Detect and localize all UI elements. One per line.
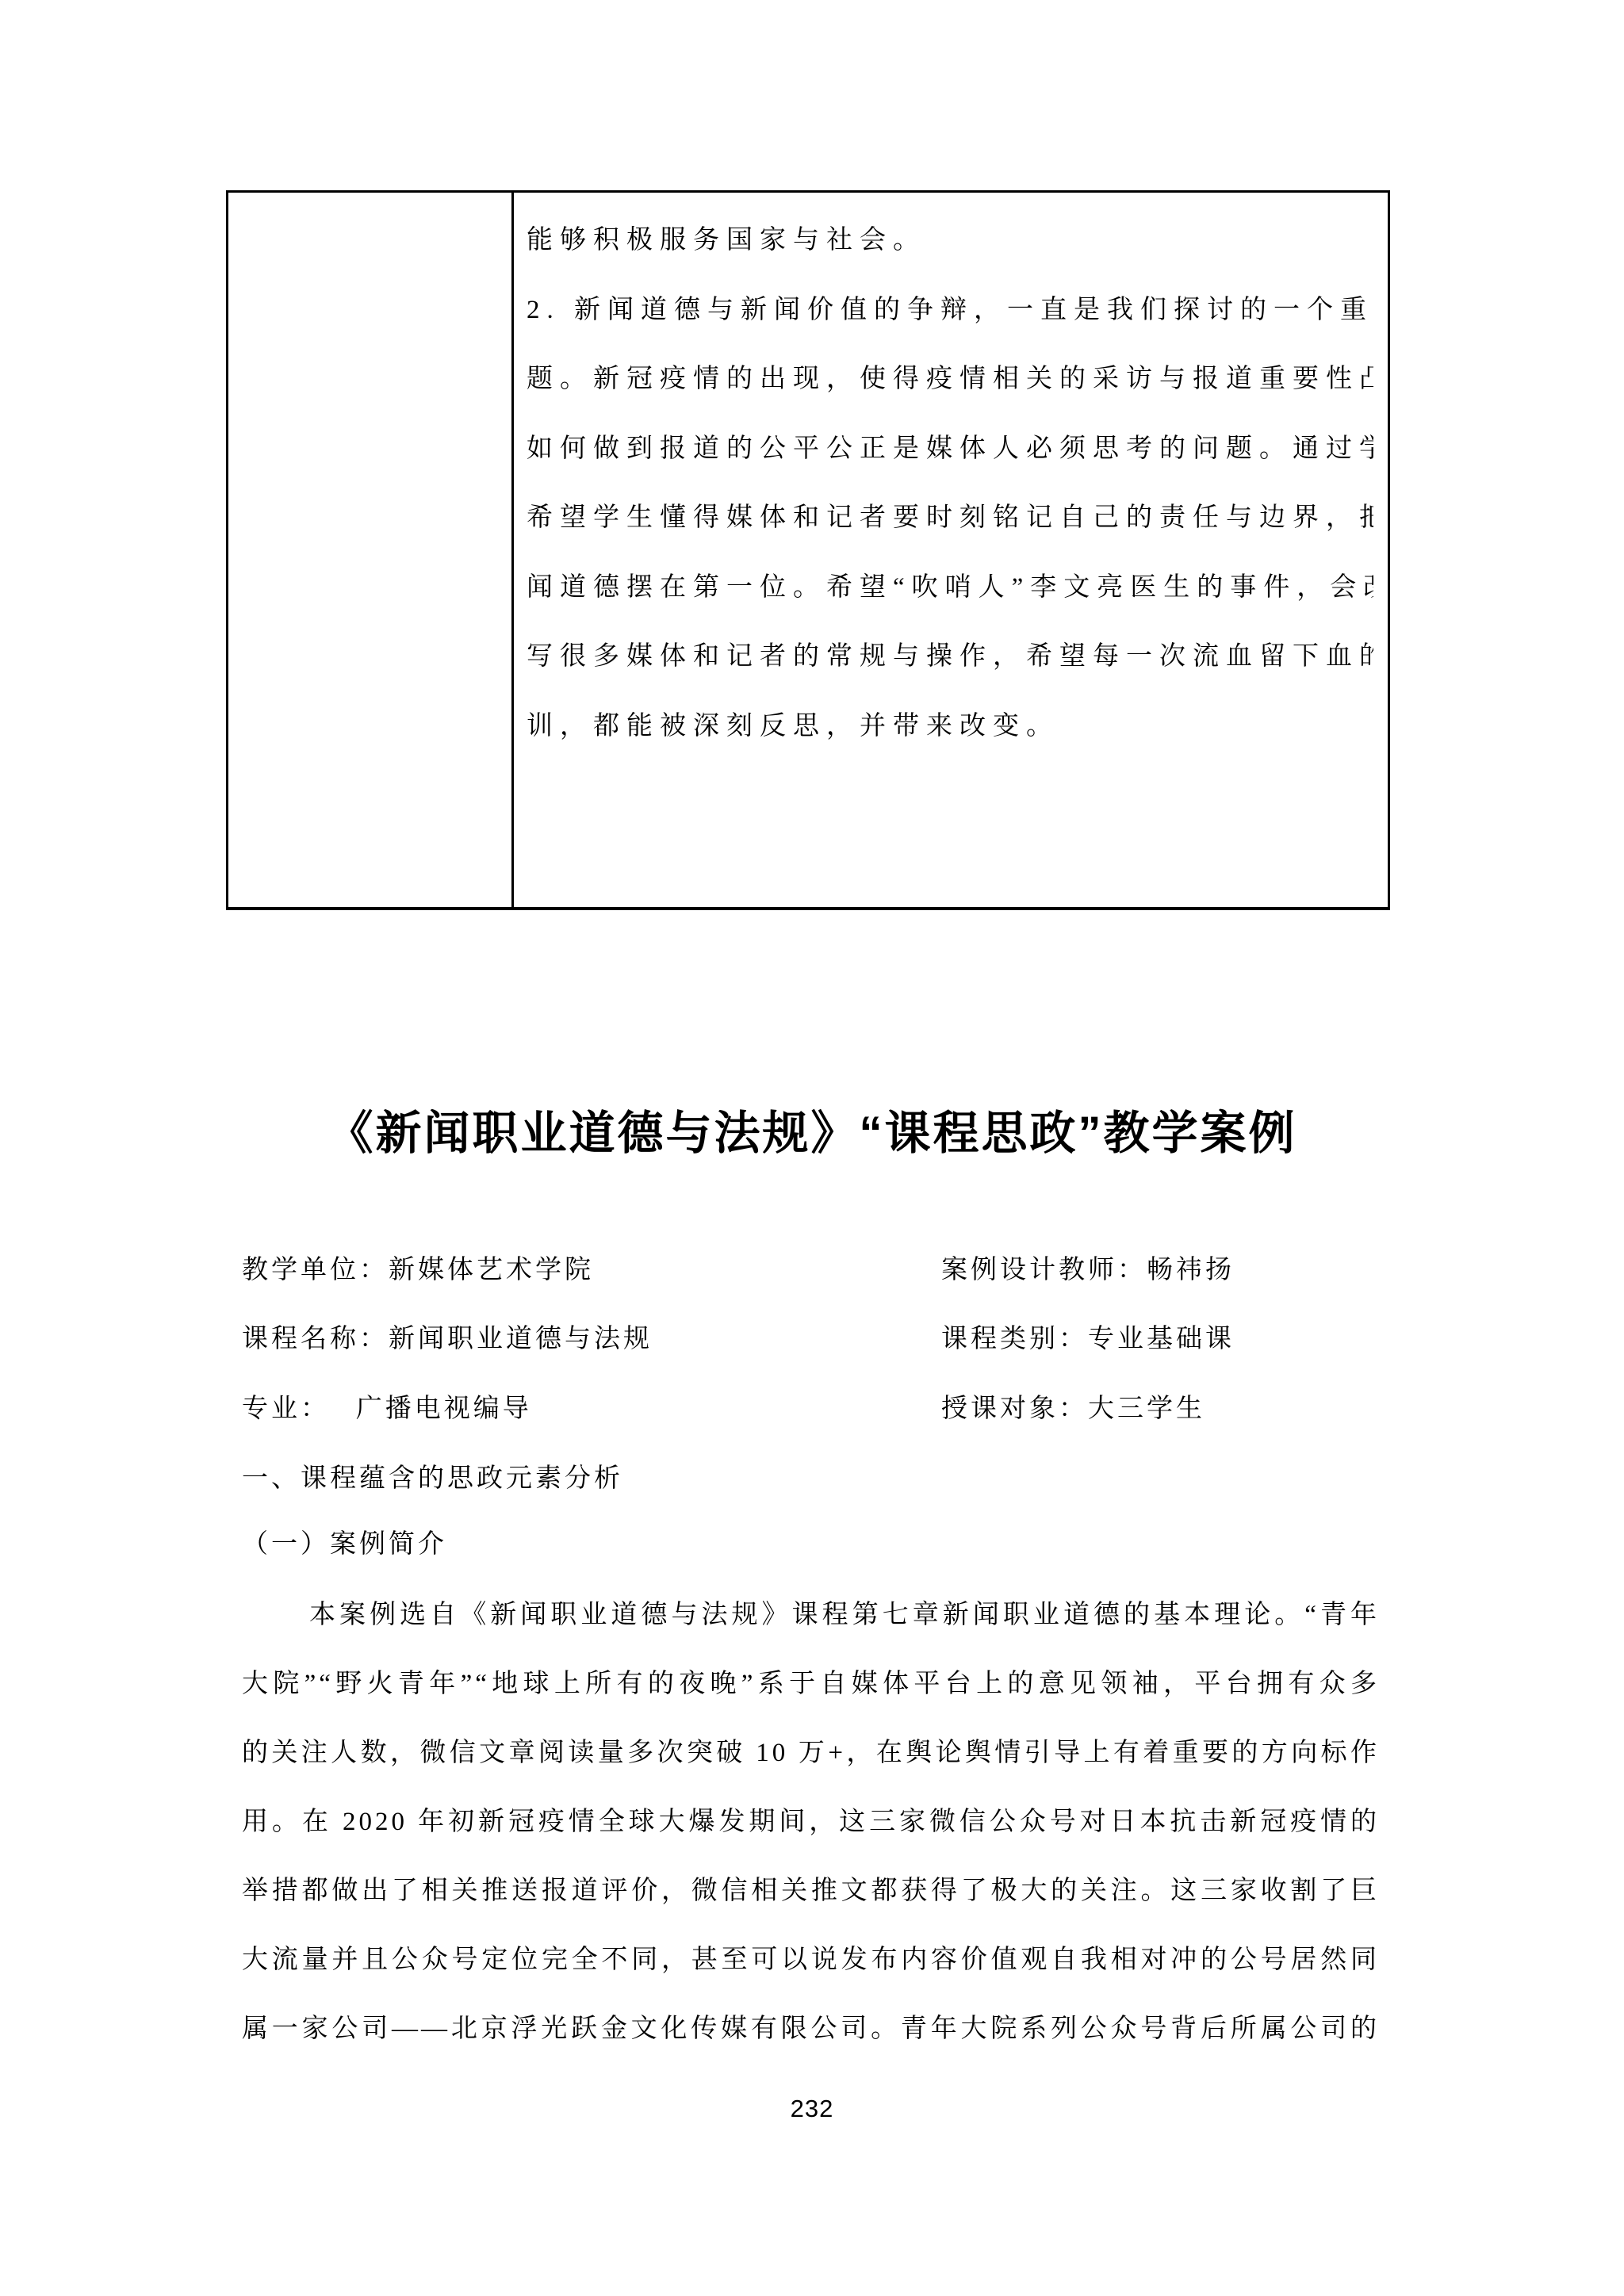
table-cell-line: 训，都能被深刻反思，并带来改变。 — [527, 692, 1373, 762]
meta-teaching-unit: 教学单位：新媒体艺术学院 — [242, 1256, 594, 1284]
meta-audience: 授课对象：大三学生 — [941, 1374, 1205, 1444]
table-cell-line: 能够积极服务国家与社会。 — [527, 206, 1373, 276]
paragraph-line: 举措都做出了相关推送报道评价，微信相关推文都获得了极大的关注。这三家收割了巨 — [242, 1856, 1380, 1926]
meta-case-designer: 案例设计教师：畅祎扬 — [941, 1235, 1235, 1305]
paragraph-line: 大流量并且公众号定位完全不同，甚至可以说发布内容价值观自我相对冲的公号居然同 — [242, 1925, 1380, 1995]
paragraph-line: 用。在 2020 年初新冠疫情全球大爆发期间，这三家微信公众号对日本抗击新冠疫情… — [242, 1787, 1380, 1857]
content-table: 能够积极服务国家与社会。 2. 新闻道德与新闻价值的争辩，一直是我们探讨的一个重… — [226, 190, 1390, 910]
document-page: 能够积极服务国家与社会。 2. 新闻道德与新闻价值的争辩，一直是我们探讨的一个重… — [0, 0, 1624, 2296]
table-cell-line: 希望学生懂得媒体和记者要时刻铭记自己的责任与边界，把新 — [527, 484, 1373, 553]
section-heading-1: 一、课程蕴含的思政元素分析 — [242, 1444, 1380, 1513]
page-title: 《新闻职业道德与法规》“课程思政”教学案例 — [0, 1102, 1624, 1165]
table-cell-line: 题。新冠疫情的出现，使得疫情相关的采访与报道重要性凸显， — [527, 345, 1373, 415]
table-cell-line: 如何做到报道的公平公正是媒体人必须思考的问题。通过学习 — [527, 415, 1373, 484]
table-cell-line: 2. 新闻道德与新闻价值的争辩，一直是我们探讨的一个重要课 — [527, 276, 1373, 346]
paragraph-line: 属一家公司——北京浮光跃金文化传媒有限公司。青年大院系列公众号背后所属公司的 — [242, 1994, 1380, 2064]
meta-row-3: 专业： 广播电视编导 授课对象：大三学生 — [242, 1374, 1380, 1444]
meta-course-name: 课程名称：新闻职业道德与法规 — [242, 1325, 653, 1353]
section-heading-2: （一）案例简介 — [242, 1510, 1380, 1579]
meta-course-category: 课程类别：专业基础课 — [941, 1304, 1235, 1374]
page-number: 232 — [0, 2085, 1624, 2133]
meta-row-1: 教学单位：新媒体艺术学院 案例设计教师：畅祎扬 — [242, 1235, 1380, 1305]
paragraph-line: 的关注人数，微信文章阅读量多次突破 10 万+，在舆论舆情引导上有着重要的方向标… — [242, 1718, 1380, 1788]
paragraph-line: 大院”“野火青年”“地球上所有的夜晚”系于自媒体平台上的意见领袖，平台拥有众多 — [242, 1649, 1380, 1719]
table-cell-goals: 能够积极服务国家与社会。 2. 新闻道德与新闻价值的争辩，一直是我们探讨的一个重… — [514, 193, 1388, 907]
meta-major: 专业： 广播电视编导 — [242, 1395, 532, 1423]
meta-row-2: 课程名称：新闻职业道德与法规 课程类别：专业基础课 — [242, 1304, 1380, 1374]
paragraph-line: 本案例选自《新闻职业道德与法规》课程第七章新闻职业道德的基本理论。“青年 — [242, 1580, 1380, 1650]
table-cell-line: 写很多媒体和记者的常规与操作，希望每一次流血留下血的教 — [527, 622, 1373, 692]
table-cell-line: 闻道德摆在第一位。希望“吹哨人”李文亮医生的事件，会改 — [527, 553, 1373, 623]
